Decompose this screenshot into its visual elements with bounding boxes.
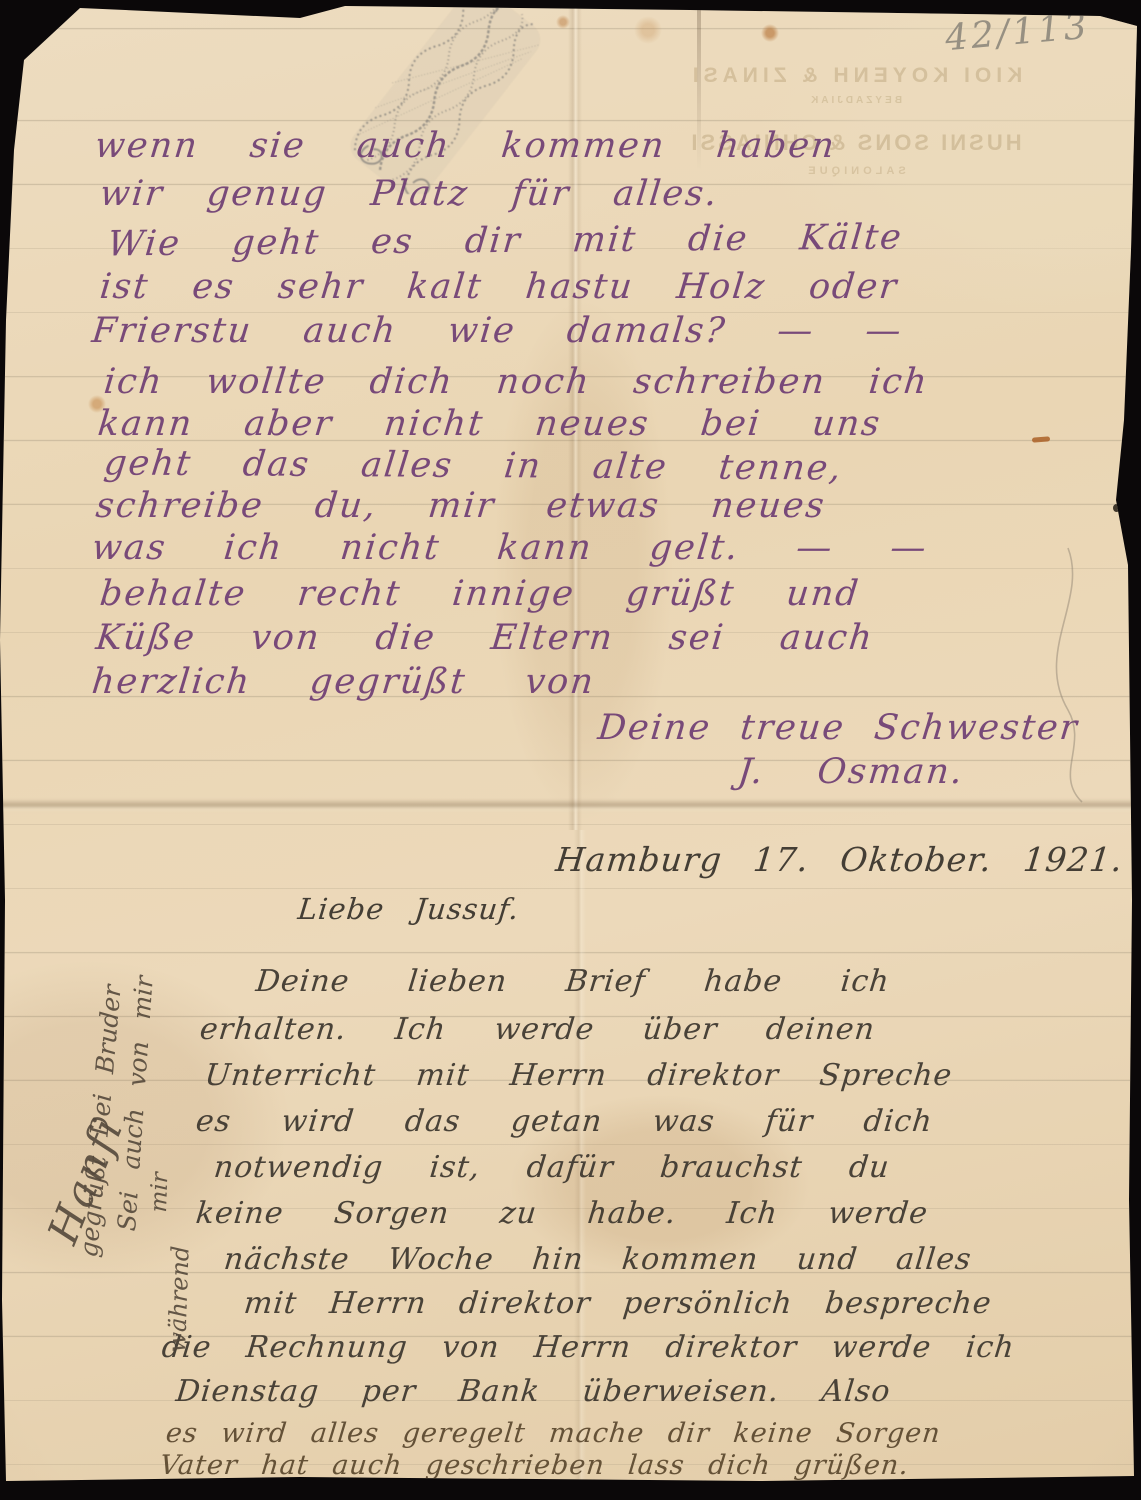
- letter-bottom-line: nächste Woche hin kommen und alles: [222, 1242, 973, 1277]
- dateline: Hamburg 17. Oktober. 1921.: [554, 840, 1125, 879]
- letter-top-line: Küße von die Eltern sei auch: [94, 618, 876, 658]
- letter-bottom-line: Dienstag per Bank überweisen. Also: [174, 1374, 892, 1409]
- scanned-letter-page: KIOI KOYENH & ZINASI BEYZADJIAK HUSNI SO…: [0, 0, 1141, 1500]
- letter-bottom-line: notwendig ist, dafür brauchst du: [212, 1150, 891, 1185]
- ghost-letterhead-line: BEYZADJIAK: [640, 95, 1070, 106]
- letter-top-line: wir genug Platz für alles.: [98, 174, 721, 214]
- letter-top-closing: Deine treue Schwester: [596, 708, 1081, 748]
- horizontal-fold-crease: [0, 799, 1141, 813]
- letter-top-signature: J. Osman.: [736, 752, 966, 792]
- margin-note: während: [163, 1245, 195, 1353]
- letter-top-line: schreibe du, mir etwas neues: [94, 486, 828, 526]
- page-number-annotation: 42/113: [943, 6, 1091, 59]
- letter-top-line: Frierstu auch wie damals? — —: [90, 311, 905, 351]
- letter-top-line: ist es sehr kalt hastu Holz oder: [98, 267, 900, 307]
- letter-bottom-line: Deine lieben Brief habe ich: [254, 964, 891, 999]
- letter-top-line: wenn sie auch kommen haben: [93, 126, 838, 166]
- letter-bottom-line: mit Herrn direktor persönlich bespreche: [242, 1286, 993, 1321]
- letter-top-line: was ich nicht kann gelt. — —: [90, 528, 930, 568]
- letter-bottom-line: die Rechnung von Herrn direktor werde ic…: [160, 1330, 1016, 1365]
- postscript-line: Vater hat auch geschrieben lass dich grü…: [158, 1450, 910, 1481]
- margin-note: mir: [146, 1172, 173, 1213]
- letter-top-line: herzlich gegrüßt von: [90, 662, 597, 702]
- paper-sheet: KIOI KOYENH & ZINASI BEYZADJIAK HUSNI SO…: [0, 0, 1141, 1500]
- letter-top-line: geht das alles in alte tenne,: [102, 443, 845, 488]
- crease-mark: [1010, 540, 1140, 810]
- rust-stain: [1032, 436, 1050, 442]
- letter-bottom-line: keine Sorgen zu habe. Ich werde: [194, 1196, 930, 1231]
- letter-top-line: ich wollte dich noch schreiben ich: [102, 362, 931, 402]
- letter-bottom-line: erhalten. Ich werde über deinen: [198, 1012, 877, 1047]
- letter-top-line: kann aber nicht neues bei uns: [96, 404, 883, 444]
- letter-bottom-line: Unterricht mit Herrn direktor Spreche: [203, 1058, 954, 1093]
- letter-top-line: behalte recht innige grüßt und: [98, 574, 862, 614]
- letter-bottom-line: es wird das getan was für dich: [194, 1104, 934, 1139]
- ink-spot: [1113, 504, 1120, 512]
- postscript-line: es wird alles geregelt mache dir keine S…: [164, 1418, 942, 1449]
- letter-top-line: Wie geht es dir mit die Kälte: [106, 218, 905, 265]
- salutation: Liebe Jussuf.: [296, 892, 521, 926]
- ghost-letterhead-line: KIOI KOYENH & ZINASI: [640, 64, 1070, 88]
